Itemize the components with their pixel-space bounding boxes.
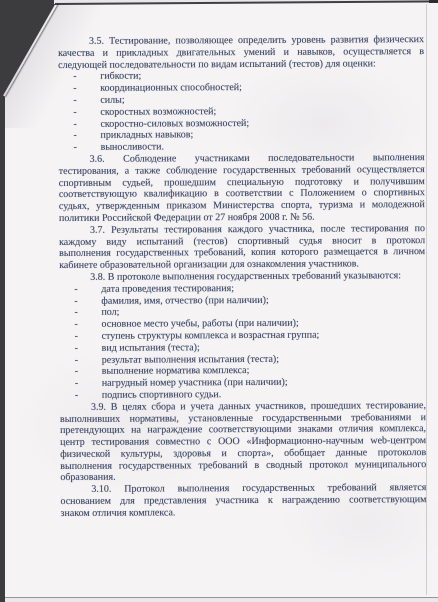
list-dash: - <box>73 107 100 119</box>
list-dash: - <box>73 83 100 95</box>
list-dash: - <box>73 71 100 83</box>
list-item-text: подпись спортивного судьи. <box>102 389 221 401</box>
text-line: судьях, утвержденным приказом Министерст… <box>59 199 425 213</box>
text-line: знаком отличия комплекса. <box>60 506 426 520</box>
list-dash: - <box>74 295 101 307</box>
list-dash: - <box>73 118 100 130</box>
list-dash: - <box>75 331 102 343</box>
list-dash: - <box>73 130 100 142</box>
list-item-text: дата проведения тестирования; <box>101 283 234 295</box>
list-item-text: скоростных возможностей; <box>100 106 216 118</box>
list-dash: - <box>75 378 102 390</box>
list-item-text: гибкости; <box>100 71 141 82</box>
list-dash: - <box>75 354 102 366</box>
list-item-text: силы; <box>100 95 124 106</box>
list-dash: - <box>75 390 102 402</box>
list-dash: - <box>74 284 101 296</box>
list-dash: - <box>74 307 101 319</box>
list-item-text: пол; <box>101 307 119 318</box>
list-dash: - <box>75 342 102 354</box>
scanned-document-scene: 3.5. Тестирование, позволяющее определит… <box>0 0 438 602</box>
list-item-text: выносливости. <box>101 142 164 153</box>
list-dash: - <box>73 95 100 107</box>
list-item-text: ступень структуры комплекса и возрастная… <box>102 330 320 342</box>
list-item-text: фамилия, имя, отчество (при наличии); <box>101 294 268 306</box>
list-item-text: скоростно-силовых возможностей; <box>100 118 249 130</box>
list-item-text: прикладных навыков; <box>100 130 193 141</box>
list-dash: - <box>75 366 102 378</box>
list-item-text: нагрудный номер участника (при наличии); <box>102 377 288 389</box>
text-line: 3.8. В протоколе выполнения государствен… <box>59 270 425 284</box>
list-item-text: основное место учебы, работы (при наличи… <box>101 318 298 330</box>
list-item-text: результат выполнения испытания (теста); <box>102 353 279 365</box>
list-item-text: выполнение норматива комплекса; <box>102 365 250 377</box>
list-dash: - <box>74 142 101 154</box>
text-line: следующей последовательности по видам ис… <box>58 58 424 72</box>
list-dash: - <box>74 319 101 331</box>
list-item-text: вид испытания (теста); <box>102 342 200 354</box>
scan-bottom-strip <box>5 598 438 602</box>
document-text: 3.5. Тестирование, позволяющее определит… <box>58 34 427 520</box>
text-line: основанием для представления участника к… <box>60 494 426 508</box>
list-item-text: координационных способностей; <box>100 82 242 94</box>
